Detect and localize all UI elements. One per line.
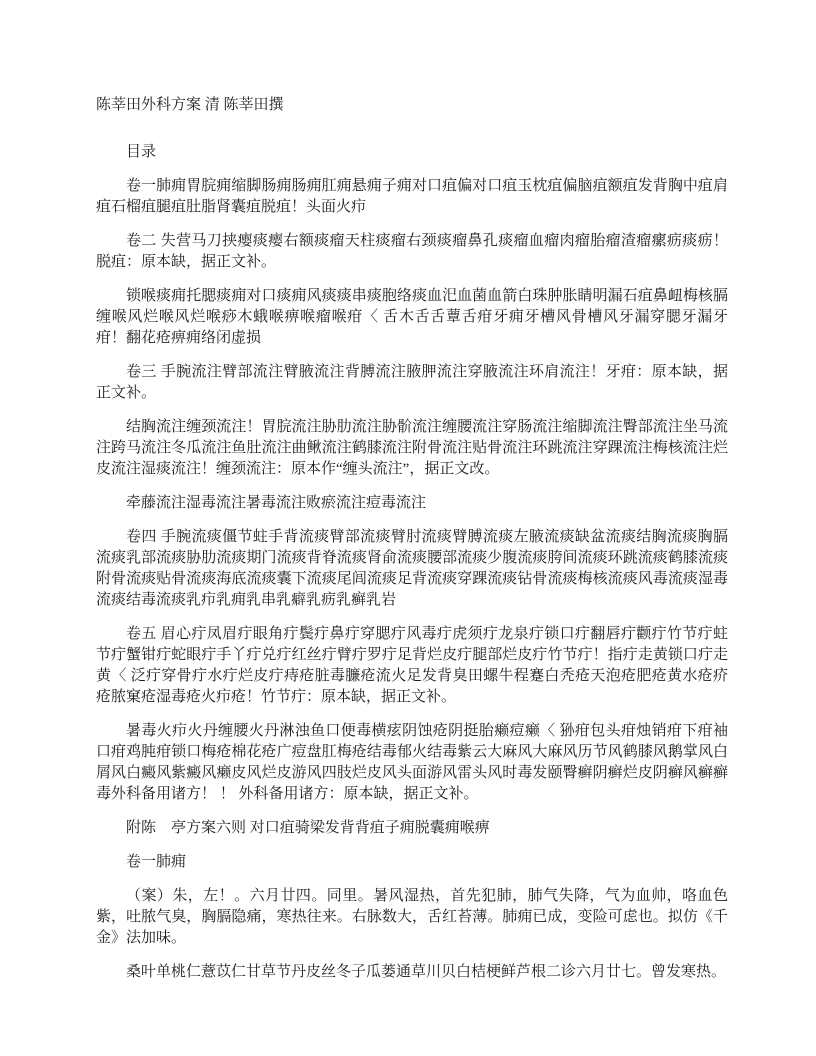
toc-appendix-line: 附陈 亭方案六则 对口疽骑梁发背背疽子痈脱囊痈喉痹 [96, 818, 728, 839]
toc-volume1-contents: 卷一肺痈胃脘痈缩脚肠痈肠痈肛痈悬痈子痈对口疽偏对口疽玉枕疽偏脑疽额疽发背胸中疽肩… [96, 176, 728, 218]
toc-volume3-contents: 卷三 手腕流注臂部流注臂腋流注背膊流注腋胛流注穿腋流注环肩流注！牙疳：原本缺，据… [96, 362, 728, 404]
section-heading-volume1: 卷一肺痈 [96, 852, 728, 873]
toc-volume2-contents-continued: 锁喉痰痈托腮痰痈对口痰痈风痰痰串痰胞络痰血汜血菌血箭白珠肿胀睛明漏石疽鼻衄梅核膈… [96, 286, 728, 349]
toc-volume3-contents-continued-2: 牵藤流注湿毒流注暑毒流注败瘀流注痘毒流注 [96, 493, 728, 514]
toc-volume2-contents: 卷二 失营马刀挟瘿痰瘿右额痰瘤天柱痰瘤右颈痰瘤鼻孔痰瘤血瘤肉瘤胎瘤渣瘤瘰疬痰疬！… [96, 231, 728, 273]
toc-volume5-contents-continued: 暑毒火疖火丹缠腰火丹淋浊鱼口便毒横痃阴蚀疮阴挺胎癞痘癞〈 狲疳包头疳烛销疳下疳袖… [96, 721, 728, 805]
toc-volume5-contents: 卷五 眉心疔凤眉疔眼角疔鬓疔鼻疔穿腮疔风毒疔虎须疔龙泉疔锁口疔翻唇疔颧疔竹节疔蛀… [96, 624, 728, 708]
toc-heading: 目录 [96, 142, 728, 163]
toc-volume4-contents: 卷四 手腕流痰僵节蛀手背流痰臂部流痰臂肘流痰臂膊流痰左腋流痰缺盆流痰结胸流痰胸膈… [96, 527, 728, 611]
document-title: 陈莘田外科方案 清 陈莘田撰 [96, 95, 728, 116]
prescription-line: 桑叶单桃仁薏苡仁甘草节丹皮丝冬子瓜蒌通草川贝白桔梗鲜芦根二诊六月廿七。曾发寒热。 [96, 962, 728, 983]
case-record-paragraph: （案）朱，左！。六月廿四。同里。暑风湿热，首先犯肺，肺气失降，气为血帅，咯血色紫… [96, 886, 728, 949]
toc-volume3-contents-continued: 结胸流注缠颈流注！胃脘流注胁肋流注胁骱流注缠腰流注穿肠流注缩脚流注臀部流注坐马流… [96, 417, 728, 480]
document-page: 陈莘田外科方案 清 陈莘田撰 目录 卷一肺痈胃脘痈缩脚肠痈肠痈肛痈悬痈子痈对口疽… [0, 0, 816, 1056]
